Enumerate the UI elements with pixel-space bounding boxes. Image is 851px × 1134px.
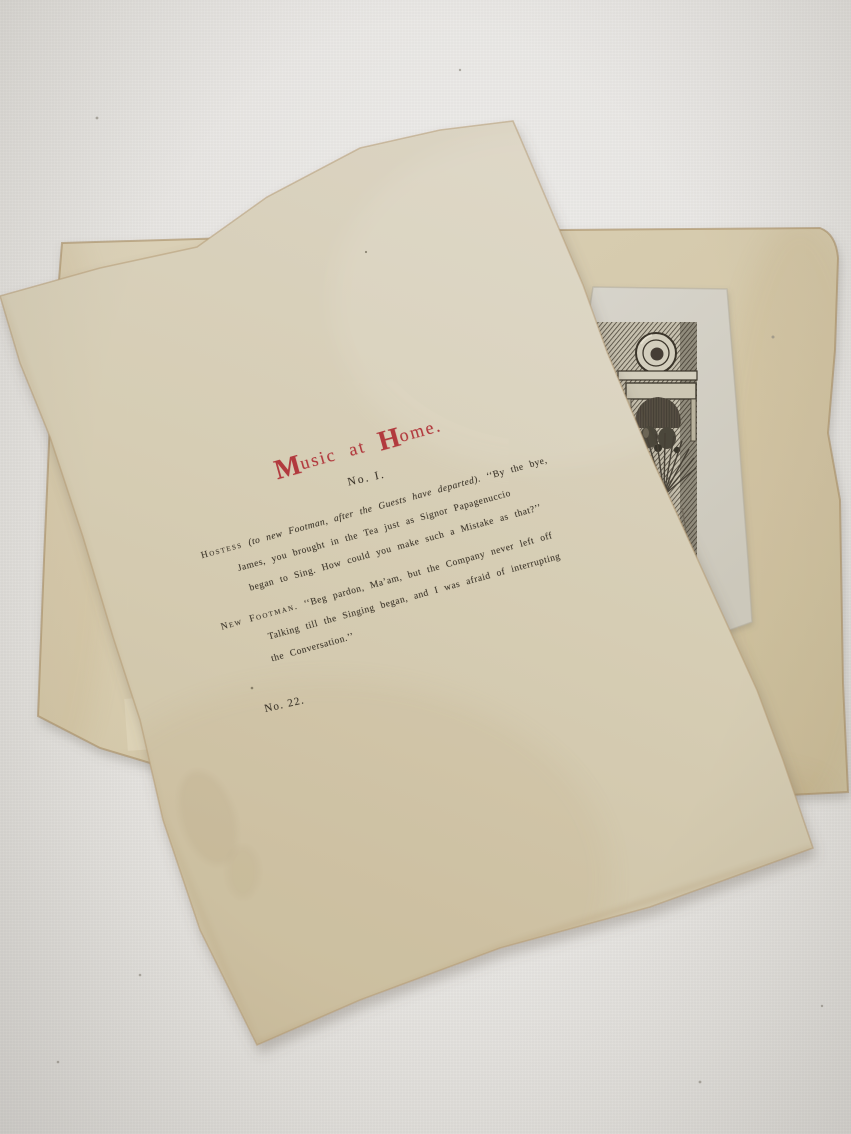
photograph-of-sheet-music-covers: Music at Home. No. I. Hostess (to new Fo…	[0, 0, 851, 1134]
title-segment: ome.	[397, 415, 444, 446]
